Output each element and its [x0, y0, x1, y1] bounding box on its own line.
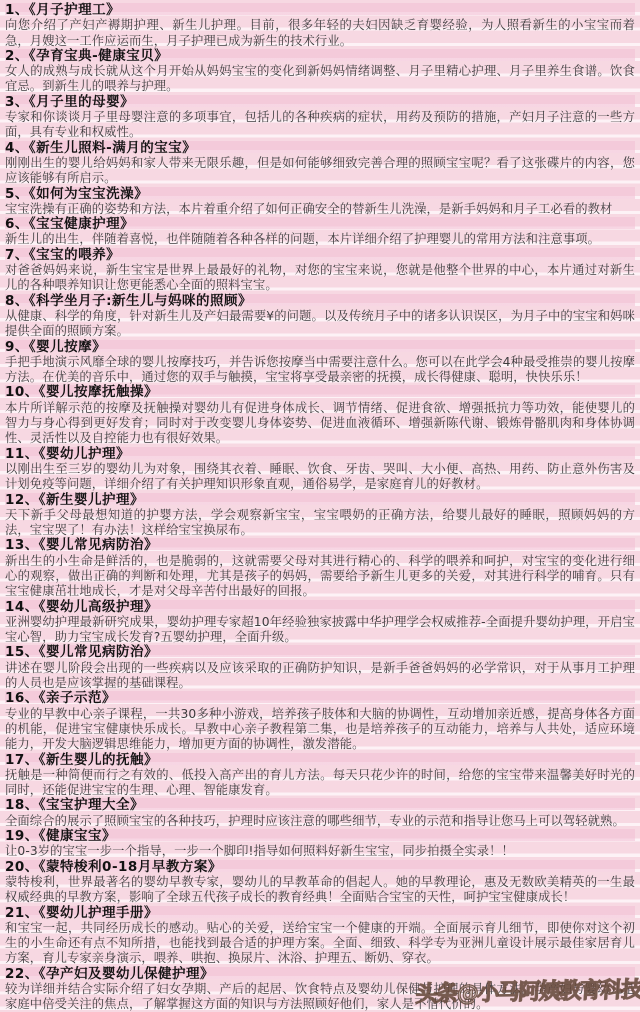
item-title: 7、《宝宝的喂养》 — [5, 248, 635, 263]
item-description: 全面综合的展示了照顾宝宝的各种技巧，护理时应该注意的哪些细节，专业的示范和指导让… — [5, 814, 635, 829]
item-number: 8、 — [5, 293, 29, 309]
item-number: 1、 — [5, 2, 29, 18]
item-description: 女人的成熟与成长就从这个月开始从妈妈宝宝的变化到新妈妈情绪调整、月子里精心护理、… — [5, 64, 635, 95]
item-number: 5、 — [5, 186, 29, 202]
item-title: 19、《健康宝宝》 — [5, 829, 635, 844]
item-description: 向您介绍了产妇产褥期护理、新生儿护理。目前，很多年轻的夫妇因缺乏育婴经验，为人照… — [5, 18, 635, 49]
item-title: 14、《婴幼儿高级护理》 — [5, 600, 635, 615]
list-item: 1、《月子护理工》向您介绍了产妇产褥期护理、新生儿护理。目前，很多年轻的夫妇因缺… — [5, 3, 635, 49]
list-item: 14、《婴幼儿高级护理》亚洲婴幼护理最新研究成果，婴幼护理专家超10年经验独家披… — [5, 600, 635, 646]
list-item: 22、《孕产妇及婴幼儿保健护理》较为详细并结合实际介绍了妇女孕期、产后的起居、饮… — [5, 967, 635, 1012]
item-description: 讲述在婴儿阶段会出现的一些疾病以及应该采取的正确防护知识，是新手爸爸妈妈的必学常… — [5, 661, 635, 692]
item-title: 8、《科学坐月子:新生儿与妈咪的照顾》 — [5, 294, 635, 309]
item-number: 3、 — [5, 94, 29, 110]
list-item: 21、《婴幼儿护理手册》和宝宝一起，共同经历成长的感动。贴心的关爱，送给宝宝一个… — [5, 906, 635, 967]
item-title-text: 《宝宝健康护理》 — [29, 216, 134, 232]
item-number: 6、 — [5, 216, 29, 232]
item-title-text: 《孕育宝典-健康宝贝》 — [29, 48, 168, 64]
item-number: 7、 — [5, 247, 29, 263]
item-description: 专业的早教中心亲子课程，一共30多种小游戏，培养孩子肢体和大脑的协调性，互动增加… — [5, 707, 635, 753]
item-description: 从健康、科学的角度，针对新生儿及产妇最需要¥的问题。以及传统月子中的诸多认识误区… — [5, 309, 635, 340]
item-number: 9、 — [5, 339, 29, 355]
item-title-text: 《婴幼儿护理》 — [39, 446, 130, 462]
list-item: 6、《宝宝健康护理》新生儿的出生，伴随着喜悦，也伴随随着各种各样的问题，本片详细… — [5, 217, 635, 248]
item-title: 4、《新生儿照料-满月的宝宝》 — [5, 141, 635, 156]
item-title-text: 《婴幼儿护理手册》 — [39, 905, 158, 921]
list-item: 15、《婴儿常见病防治》讲述在婴儿阶段会出现的一些疾病以及应该采取的正确防护知识… — [5, 645, 635, 691]
list-item: 9、《婴儿按摩》手把手地演示风靡全球的婴儿按摩技巧，并告诉您按摩当中需要注意什么… — [5, 340, 635, 386]
item-title: 11、《婴幼儿护理》 — [5, 447, 635, 462]
item-title-text: 《新生婴儿的抚触》 — [39, 752, 158, 768]
item-description: 蒙特梭利，世界最著名的婴幼早教专家，婴幼儿的早教革命的倡起人。她的早教理论，惠及… — [5, 875, 635, 906]
list-item: 2、《孕育宝典-健康宝贝》女人的成熟与成长就从这个月开始从妈妈宝宝的变化到新妈妈… — [5, 49, 635, 95]
list-item: 20、《蒙特梭利0-18月早教方案》蒙特梭利，世界最著名的婴幼早教专家，婴幼儿的… — [5, 860, 635, 906]
item-description: 较为详细并结合实际介绍了妇女孕期、产后的起居、饮食特点及婴幼儿保健与护理的具体方… — [5, 982, 635, 1012]
item-title-text: 《宝宝护理大全》 — [39, 797, 144, 813]
item-description: 新出生的小生命是鲜活的，也是脆弱的，这就需要父母对其进行精心的、科学的喂养和呵护… — [5, 554, 635, 600]
item-number: 16、 — [5, 690, 39, 706]
item-description: 刚刚出生的婴儿给妈妈和家人带来无限乐趣，但是如何能够细致完善合理的照顾宝宝呢？看… — [5, 156, 635, 187]
item-title-text: 《如何为宝宝洗澡》 — [29, 186, 148, 202]
item-title: 16、《亲子示范》 — [5, 691, 635, 706]
item-title-text: 《月子里的母婴》 — [29, 94, 134, 110]
item-title: 22、《孕产妇及婴幼儿保健护理》 — [5, 967, 635, 982]
item-description: 天下新手父母最想知道的护婴方法，学会观察新宝宝，宝宝喂奶的正确方法，给婴儿最好的… — [5, 508, 635, 539]
item-number: 12、 — [5, 492, 39, 508]
item-title: 9、《婴儿按摩》 — [5, 340, 635, 355]
document-page: 1、《月子护理工》向您介绍了产妇产褥期护理、新生儿护理。目前，很多年轻的夫妇因缺… — [0, 0, 640, 1012]
item-number: 17、 — [5, 752, 39, 768]
item-title-text: 《婴儿按摩》 — [29, 339, 106, 355]
item-number: 21、 — [5, 905, 39, 921]
item-title: 2、《孕育宝典-健康宝贝》 — [5, 49, 635, 64]
item-number: 20、 — [5, 859, 39, 875]
item-title: 15、《婴儿常见病防治》 — [5, 645, 635, 660]
item-title: 3、《月子里的母婴》 — [5, 95, 635, 110]
item-number: 22、 — [5, 966, 39, 982]
item-title: 18、《宝宝护理大全》 — [5, 798, 635, 813]
item-title-text: 《月子护理工》 — [29, 2, 120, 18]
item-title-text: 《孕产妇及婴幼儿保健护理》 — [39, 966, 214, 982]
list-item: 7、《宝宝的喂养》对爸爸妈妈来说，新生宝宝是世界上最最好的礼物，对您的宝宝来说，… — [5, 248, 635, 294]
item-number: 14、 — [5, 599, 39, 615]
item-description: 让0-3岁的宝宝一步一个指导，一步一个脚印!指导如何照料好新生宝宝，同步拍摄全实… — [5, 844, 635, 859]
item-number: 15、 — [5, 644, 39, 660]
item-number: 13、 — [5, 537, 39, 553]
item-title-text: 《宝宝的喂养》 — [29, 247, 120, 263]
list-item: 19、《健康宝宝》让0-3岁的宝宝一步一个指导，一步一个脚印!指导如何照料好新生… — [5, 829, 635, 860]
program-list: 1、《月子护理工》向您介绍了产妇产褥期护理、新生儿护理。目前，很多年轻的夫妇因缺… — [0, 0, 640, 1012]
item-title-text: 《婴幼儿高级护理》 — [39, 599, 158, 615]
item-title: 21、《婴幼儿护理手册》 — [5, 906, 635, 921]
item-title-text: 《新生婴儿护理》 — [39, 492, 144, 508]
item-number: 10、 — [5, 384, 39, 400]
item-description: 以刚出生至三岁的婴幼儿为对象，围绕其衣着、睡眠、饮食、牙齿、哭叫、大小便、高热、… — [5, 462, 635, 493]
item-description: 宝宝洗操有正确的姿势和方法，本片着重介绍了如何正确安全的替新生儿洗澡，是新手妈妈… — [5, 202, 635, 217]
item-number: 11、 — [5, 446, 39, 462]
item-description: 和宝宝一起，共同经历成长的感动。贴心的关爱，送给宝宝一个健康的开端。全面展示育儿… — [5, 921, 635, 967]
item-number: 4、 — [5, 140, 29, 156]
list-item: 11、《婴幼儿护理》以刚出生至三岁的婴幼儿为对象，围绕其衣着、睡眠、饮食、牙齿、… — [5, 447, 635, 493]
item-title-text: 《新生儿照料-满月的宝宝》 — [29, 140, 196, 156]
item-title-text: 《蒙特梭利0-18月早教方案》 — [39, 859, 222, 875]
item-title-text: 《婴儿常见病防治》 — [39, 644, 158, 660]
item-title-text: 《婴儿常见病防治》 — [39, 537, 158, 553]
item-description: 对爸爸妈妈来说，新生宝宝是世界上最最好的礼物，对您的宝宝来说，您就是他整个世界的… — [5, 263, 635, 294]
item-description: 抚触是一种简便而行之有效的、低投入高产出的育儿方法。每天只花少许的时间，给您的宝… — [5, 768, 635, 799]
item-title-text: 《亲子示范》 — [39, 690, 116, 706]
list-item: 5、《如何为宝宝洗澡》宝宝洗操有正确的姿势和方法，本片着重介绍了如何正确安全的替… — [5, 187, 635, 218]
item-number: 19、 — [5, 828, 39, 844]
item-title: 10、《婴儿按摩抚触操》 — [5, 385, 635, 400]
list-item: 16、《亲子示范》专业的早教中心亲子课程，一共30多种小游戏，培养孩子肢体和大脑… — [5, 691, 635, 752]
item-description: 亚洲婴幼护理最新研究成果，婴幼护理专家超10年经验独家披露中华护理学会权威推荐-… — [5, 615, 635, 646]
list-item: 8、《科学坐月子:新生儿与妈咪的照顾》从健康、科学的角度，针对新生儿及产妇最需要… — [5, 294, 635, 340]
item-title-text: 《婴儿按摩抚触操》 — [39, 384, 158, 400]
item-title: 12、《新生婴儿护理》 — [5, 493, 635, 508]
item-description: 本片所详解示范的按摩及抚触操对婴幼儿有促进身体成长、调节情绪、促进食欲、增强抵抗… — [5, 401, 635, 447]
list-item: 17、《新生婴儿的抚触》抚触是一种简便而行之有效的、低投入高产出的育儿方法。每天… — [5, 753, 635, 799]
item-title-text: 《科学坐月子:新生儿与妈咪的照顾》 — [29, 293, 252, 309]
item-description: 新生儿的出生，伴随着喜悦，也伴随随着各种各样的问题，本片详细介绍了护理婴儿的常用… — [5, 232, 635, 247]
list-item: 12、《新生婴儿护理》天下新手父母最想知道的护婴方法，学会观察新宝宝，宝宝喂奶的… — [5, 493, 635, 539]
list-item: 4、《新生儿照料-满月的宝宝》刚刚出生的婴儿给妈妈和家人带来无限乐趣，但是如何能… — [5, 141, 635, 187]
item-title: 6、《宝宝健康护理》 — [5, 217, 635, 232]
item-number: 2、 — [5, 48, 29, 64]
item-number: 18、 — [5, 797, 39, 813]
item-title: 5、《如何为宝宝洗澡》 — [5, 187, 635, 202]
list-item: 10、《婴儿按摩抚触操》本片所详解示范的按摩及抚触操对婴幼儿有促进身体成长、调节… — [5, 385, 635, 446]
list-item: 18、《宝宝护理大全》全面综合的展示了照顾宝宝的各种技巧，护理时应该注意的哪些细… — [5, 798, 635, 829]
list-item: 13、《婴儿常见病防治》新出生的小生命是鲜活的，也是脆弱的，这就需要父母对其进行… — [5, 538, 635, 599]
item-description: 专家和你谈谈月子里母婴注意的多项事宜，包括儿的各种疾病的症状，用药及预防的措施，… — [5, 110, 635, 141]
item-description: 手把手地演示风靡全球的婴儿按摩技巧，并告诉您按摩当中需要注意什么。您可以在此学会… — [5, 355, 635, 386]
item-title-text: 《健康宝宝》 — [39, 828, 116, 844]
item-title: 20、《蒙特梭利0-18月早教方案》 — [5, 860, 635, 875]
item-title: 13、《婴儿常见病防治》 — [5, 538, 635, 553]
item-title: 17、《新生婴儿的抚触》 — [5, 753, 635, 768]
item-title: 1、《月子护理工》 — [5, 3, 635, 18]
list-item: 3、《月子里的母婴》专家和你谈谈月子里母婴注意的多项事宜，包括儿的各种疾病的症状… — [5, 95, 635, 141]
